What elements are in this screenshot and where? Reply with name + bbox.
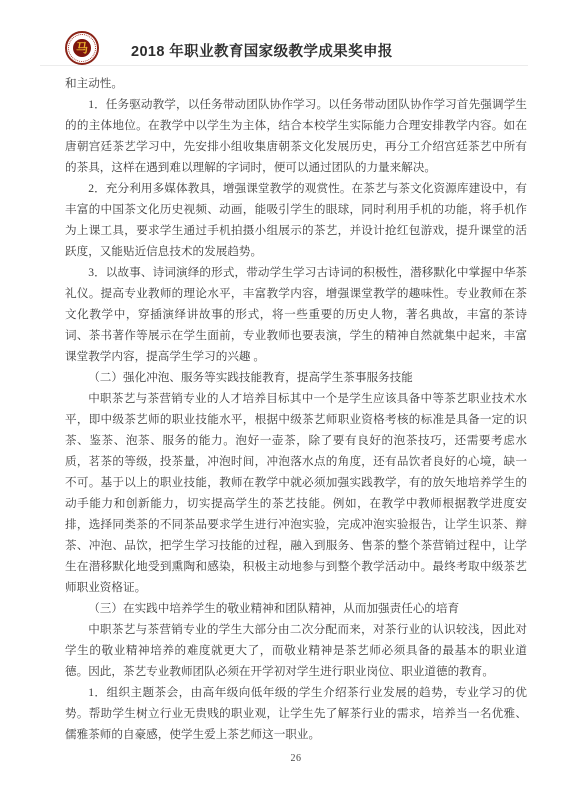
document-title: 2018 年职业教育国家级教学成果奖申报 [131, 40, 393, 61]
section-heading-2: （二）强化冲泡、服务等实践技能教育，提高学生茶事服务技能 [65, 367, 527, 388]
body-paragraph-item-1: 1．任务驱动教学，以任务带动团队协作学习。以任务带动团队协作学习首先强调学生的的… [65, 94, 527, 178]
body-paragraph-section-2: 中职茶艺与茶营销专业的人才培养目标其中一个是学生应该具备中等茶艺职业技术水平，即… [65, 388, 527, 598]
page-footer: 26 [65, 748, 527, 766]
document-page: 马 2018 年职业教育国家级教学成果奖申报 和主动性。 1．任务驱动教学，以任… [0, 0, 566, 800]
seal-core: 马 [73, 39, 91, 57]
body-paragraph-item-2: 2．充分利用多媒体教具，增强课堂教学的观赏性。在茶艺与茶文化资源库建设中，有丰富… [65, 178, 527, 262]
body-paragraph-item-1-section-3: 1．组织主题茶会，由高年级向低年级的学生介绍茶行业发展的趋势，专业学习的优势。帮… [65, 682, 527, 745]
document-header: 马 2018 年职业教育国家级教学成果奖申报 [0, 0, 566, 66]
document-body: 和主动性。 1．任务驱动教学，以任务带动团队协作学习。以任务带动团队协作学习首先… [65, 73, 527, 745]
section-heading-3: （三）在实践中培养学生的敬业精神和团队精神，从而加强责任心的培育 [65, 598, 527, 619]
page-number: 26 [291, 753, 302, 764]
school-emblem-logo: 马 [65, 31, 99, 65]
header-divider [40, 65, 528, 66]
body-paragraph-item-3: 3．以故事、诗词演绎的形式，带动学生学习古诗词的积极性，潜移默化中掌握中华茶礼仪… [65, 262, 527, 367]
body-paragraph-continuation: 和主动性。 [65, 73, 527, 94]
horse-icon: 马 [76, 42, 88, 54]
body-paragraph-section-3: 中职茶艺与茶营销专业的学生大部分由二次分配而来，对茶行业的认识较浅，因此对学生的… [65, 619, 527, 682]
